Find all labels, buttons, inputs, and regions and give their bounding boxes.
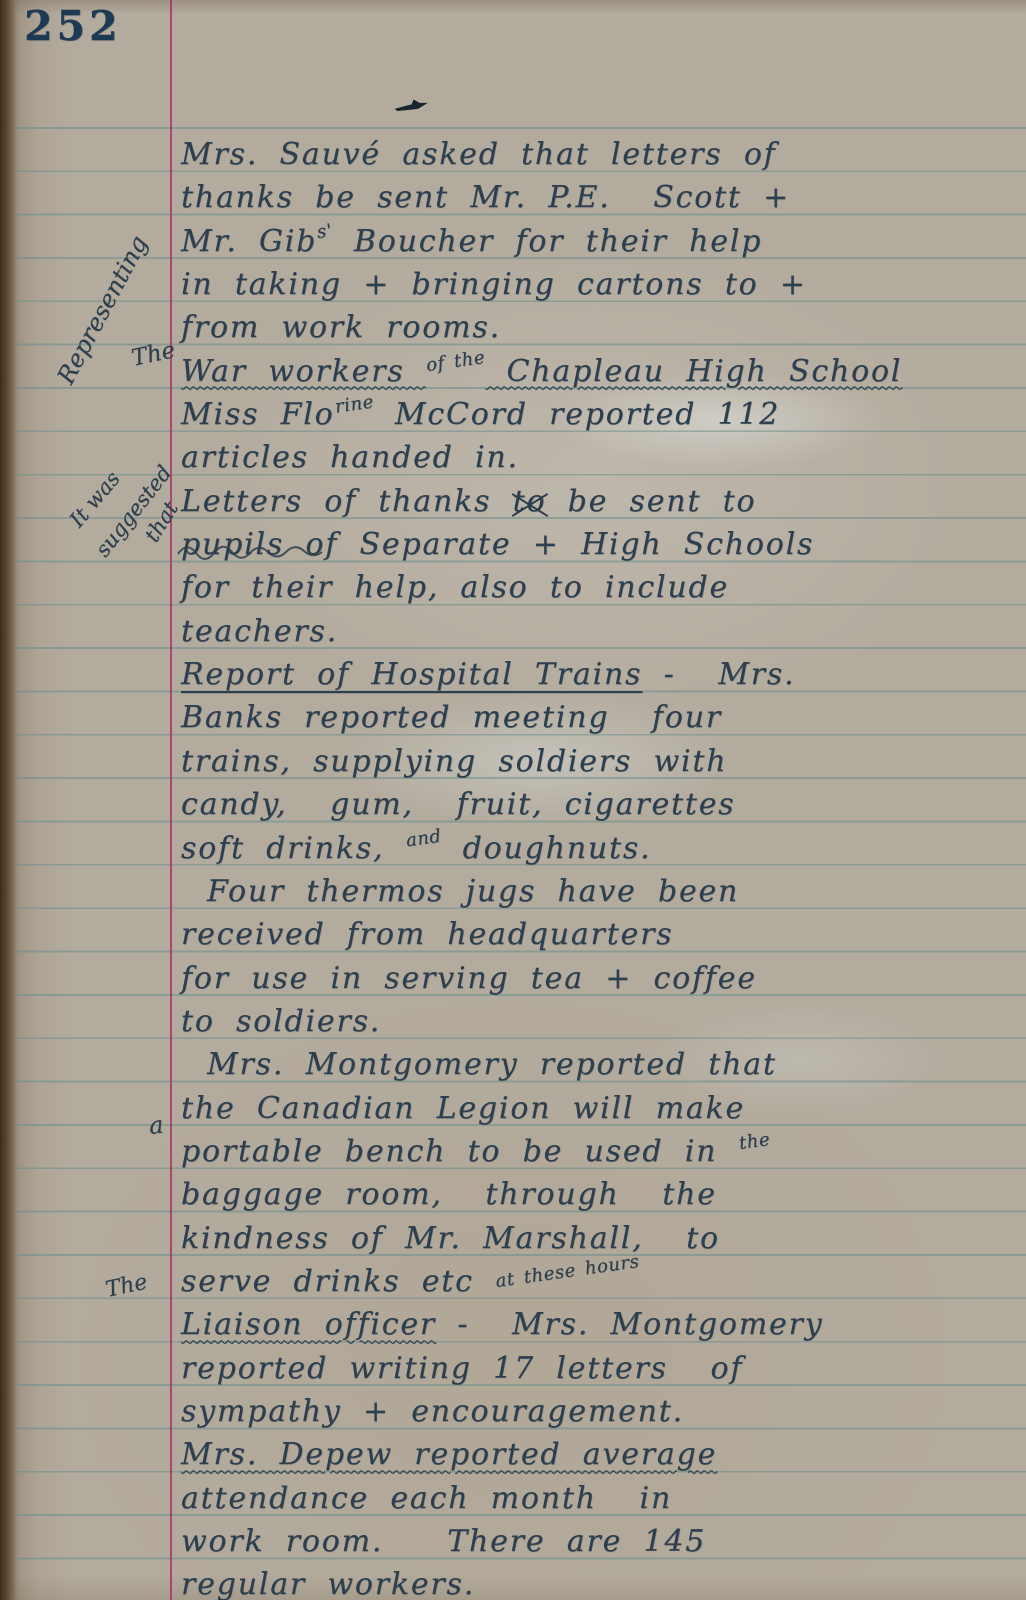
handwriting-line: pupils of Separate + High Schools xyxy=(181,523,1021,566)
binding-edge xyxy=(0,0,16,1600)
handwriting-segment: McCord reported 112 xyxy=(374,397,781,432)
handwriting-block: Mrs. Sauvé asked that letters ofthanks b… xyxy=(181,133,1021,1600)
handwriting-segment: for their help, also to include xyxy=(181,570,729,605)
handwriting-segment: to xyxy=(513,480,547,523)
margin-rule-line xyxy=(170,0,172,1600)
handwriting-segment: Miss Flo xyxy=(181,397,335,432)
handwriting-line: the Canadian Legion will make xyxy=(181,1087,1021,1130)
handwriting-segment: sympathy + encouragement. xyxy=(181,1394,684,1429)
handwriting-segment: regular workers. xyxy=(181,1567,475,1600)
handwriting-segment: doughnuts. xyxy=(441,831,651,866)
handwriting-segment: baggage room, through the xyxy=(181,1177,717,1212)
handwriting-line: serve drinks etc at these hours xyxy=(181,1260,1021,1303)
handwriting-segment: from work rooms. xyxy=(181,310,501,345)
handwriting-segment: articles handed in. xyxy=(181,440,519,475)
handwriting-line: Banks reported meeting four xyxy=(181,696,1021,739)
handwriting-segment: Letters of thanks xyxy=(181,484,513,519)
handwriting-segment: the xyxy=(737,1131,770,1153)
handwriting-segment: Report of Hospital Trains xyxy=(181,657,642,692)
handwriting-line: Four thermos jugs have been xyxy=(181,870,1021,913)
handwriting-segment: work room. There are 145 xyxy=(181,1524,706,1559)
handwriting-line: Mrs. Montgomery reported that xyxy=(181,1043,1021,1086)
handwriting-line: Letters of thanks to be sent to xyxy=(181,480,1021,523)
handwriting-segment: Liaison officer xyxy=(181,1307,436,1342)
handwriting-segment: and xyxy=(405,827,443,850)
handwriting-segment: thanks be sent Mr. P.E. Scott + xyxy=(181,180,790,215)
handwriting-segment: soft drinks, xyxy=(181,831,406,866)
handwriting-segment: kindness of Mr. Marshall, to xyxy=(181,1221,720,1256)
handwriting-segment: Banks reported meeting four xyxy=(181,700,722,735)
handwriting-segment: - Mrs. xyxy=(642,657,795,692)
handwriting-line: Mrs. Sauvé asked that letters of xyxy=(181,133,1021,176)
handwriting-line: Miss Florine McCord reported 112 xyxy=(181,393,1021,436)
handwriting-line: regular workers. xyxy=(181,1563,1021,1600)
handwriting-segment: Chapleau High School xyxy=(485,354,902,389)
handwriting-segment: portable bench to be used in xyxy=(181,1134,739,1169)
handwriting-segment: for use in serving tea + coffee xyxy=(181,961,757,996)
handwriting-segment: to soldiers. xyxy=(181,1004,381,1039)
handwriting-segment: rine xyxy=(333,393,374,416)
handwriting-segment: Boucher for their help xyxy=(333,224,763,259)
handwriting-line: candy, gum, fruit, cigarettes xyxy=(181,783,1021,826)
handwriting-line: in taking + bringing cartons to + xyxy=(181,263,1021,306)
handwriting-line: War workers of the Chapleau High School xyxy=(181,350,1021,393)
handwriting-line: to soldiers. xyxy=(181,1000,1021,1043)
handwriting-line: teachers. xyxy=(181,610,1021,653)
ink-blot-mark xyxy=(393,97,428,112)
handwriting-segment: be sent to xyxy=(546,484,756,519)
handwriting-line: Mrs. Depew reported average xyxy=(181,1433,1021,1476)
handwriting-line: baggage room, through the xyxy=(181,1173,1021,1216)
handwriting-line: kindness of Mr. Marshall, to xyxy=(181,1217,1021,1260)
handwriting-segment: pupils of Separate + High Schools xyxy=(181,527,814,562)
handwriting-line: attendance each month in xyxy=(181,1477,1021,1520)
handwriting-segment: of the xyxy=(425,349,486,375)
handwriting-line: reported writing 17 letters of xyxy=(181,1347,1021,1390)
notebook-page-scan: 252 Representing The It was suggested th… xyxy=(0,0,1026,1600)
handwriting-segment: trains, supplying soldiers with xyxy=(181,744,727,779)
handwriting-line: sympathy + encouragement. xyxy=(181,1390,1021,1433)
handwriting-segment: s' xyxy=(316,222,334,242)
handwriting-line: trains, supplying soldiers with xyxy=(181,740,1021,783)
handwriting-line: portable bench to be used in the xyxy=(181,1130,1021,1173)
handwriting-segment: serve drinks etc xyxy=(181,1264,495,1299)
handwriting-segment: teachers. xyxy=(181,614,338,649)
handwriting-segment: Mrs. Depew reported average xyxy=(181,1437,717,1472)
handwriting-segment: Mrs. Montgomery reported that xyxy=(207,1047,777,1082)
handwriting-line: for use in serving tea + coffee xyxy=(181,957,1021,1000)
page-number-stamp: 252 xyxy=(24,2,122,50)
handwriting-segment: candy, gum, fruit, cigarettes xyxy=(181,787,736,822)
handwriting-line: Report of Hospital Trains - Mrs. xyxy=(181,653,1021,696)
handwriting-segment: reported writing 17 letters of xyxy=(181,1351,743,1386)
handwriting-line: soft drinks, and doughnuts. xyxy=(181,827,1021,870)
handwriting-segment: the Canadian Legion will make xyxy=(181,1091,745,1126)
handwriting-segment: War workers xyxy=(181,354,426,389)
handwriting-segment: in taking + bringing cartons to + xyxy=(181,267,807,302)
handwriting-line: articles handed in. xyxy=(181,436,1021,479)
handwriting-segment: Mrs. Sauvé asked that letters of xyxy=(181,137,777,172)
margin-note-a: a xyxy=(148,1111,165,1140)
handwriting-segment: Mr. Gib xyxy=(181,224,317,259)
handwriting-segment: received from headquarters xyxy=(181,917,673,952)
handwriting-segment: Four thermos jugs have been xyxy=(207,874,739,909)
handwriting-line: from work rooms. xyxy=(181,306,1021,349)
handwriting-segment: - Mrs. Montgomery xyxy=(436,1307,823,1342)
handwriting-segment: attendance each month in xyxy=(181,1481,672,1516)
handwriting-line: Liaison officer - Mrs. Montgomery xyxy=(181,1303,1021,1346)
handwriting-line: work room. There are 145 xyxy=(181,1520,1021,1563)
handwriting-line: for their help, also to include xyxy=(181,566,1021,609)
handwriting-line: thanks be sent Mr. P.E. Scott + xyxy=(181,176,1021,219)
handwriting-line: Mr. Gibs' Boucher for their help xyxy=(181,220,1021,263)
handwriting-line: received from headquarters xyxy=(181,913,1021,956)
